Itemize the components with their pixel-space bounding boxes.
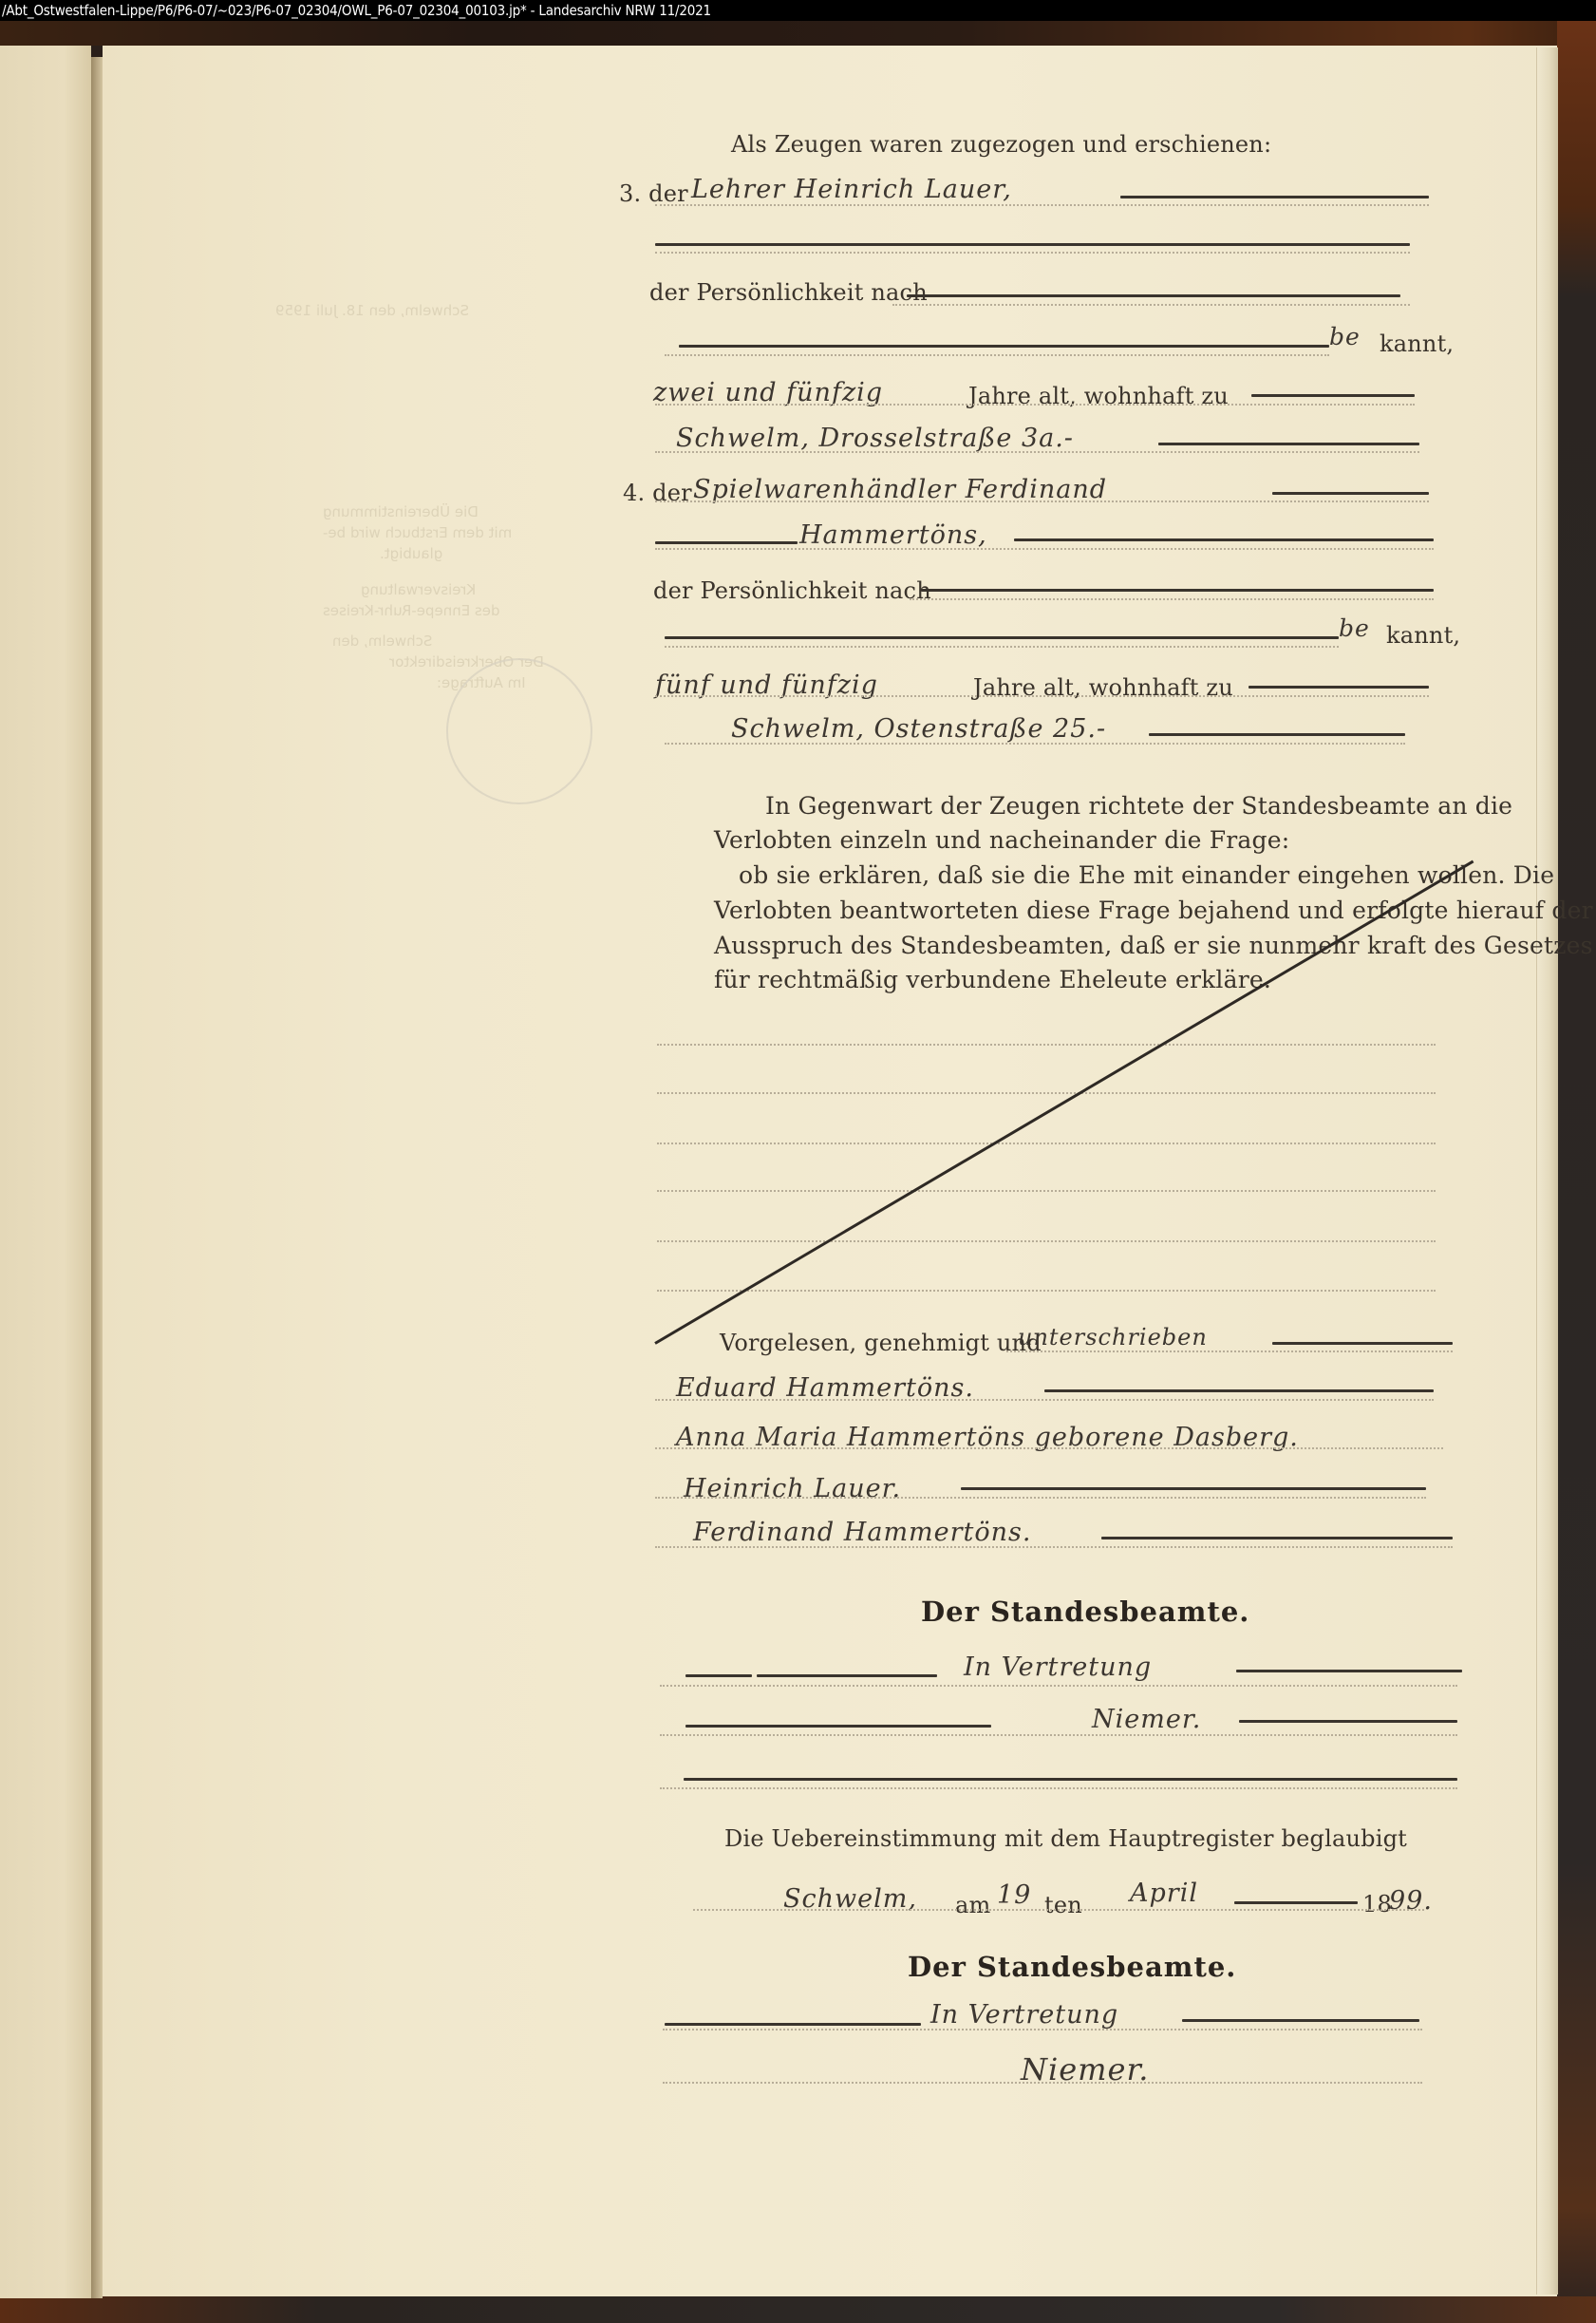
dotted-line (657, 1240, 1436, 1242)
fill-line (665, 2023, 921, 2026)
fill-line (665, 636, 1339, 639)
book-cover-bottom (0, 2296, 1596, 2323)
ghost-line: glaubigt. (380, 545, 442, 562)
fill-line (1158, 443, 1419, 445)
dotted-line (663, 2029, 1422, 2030)
ghost-line: Schwelm, den 18. Juli 1959 (275, 302, 469, 319)
witness4-residence: Schwelm, Ostenstraße 25.- (731, 714, 1106, 744)
fill-line (1249, 686, 1429, 689)
dotted-line (665, 646, 1339, 648)
page-edge (1536, 47, 1558, 2295)
registrar-vertretung: In Vertretung (930, 2000, 1118, 2030)
ghost-line: Schwelm, den (332, 633, 432, 650)
registrar-title: Der Standesbeamte. (921, 1596, 1249, 1628)
dotted-line (657, 1290, 1436, 1292)
window-title: /Abt_Ostwestfalen-Lippe/P6/P6-07/~023/P6… (2, 2, 711, 19)
dotted-line (910, 598, 1434, 600)
persoenlichkeit-label: der Persönlichkeit nach (649, 279, 928, 306)
fill-line (1234, 1901, 1358, 1904)
dotted-line (693, 1909, 1424, 1911)
fill-line (655, 541, 798, 544)
fill-line (1272, 1342, 1453, 1345)
dotted-line (1006, 1350, 1453, 1352)
declaration-line: Verlobten beantworteten diese Frage beja… (714, 897, 1593, 924)
book-cover-top (0, 21, 1596, 46)
witness3-name: Lehrer Heinrich Lauer, (691, 175, 1012, 204)
dotted-line (657, 1092, 1436, 1094)
bekannt-prefix: be (1329, 323, 1361, 350)
year-prefix: 18 (1362, 1891, 1392, 1917)
declaration-line: Verlobten einzeln und nacheinander die F… (714, 826, 1289, 854)
year-suffix: 99. (1389, 1886, 1433, 1916)
ghost-line: Kreisverwaltung (361, 581, 476, 598)
dotted-line (655, 695, 1429, 697)
book-gutter (91, 57, 103, 2298)
fill-line (1044, 1389, 1434, 1392)
am-label: am (955, 1892, 990, 1918)
fill-line (685, 1674, 752, 1677)
signed-word: unterschrieben (1018, 1324, 1208, 1350)
dotted-line (655, 252, 1410, 254)
signature-line: Heinrich Lauer. (684, 1474, 901, 1503)
fill-line (921, 589, 1434, 592)
registrar-vertretung: In Vertretung (964, 1653, 1152, 1682)
ghost-line: Die Übereinstimmung (323, 503, 479, 520)
fill-line (679, 345, 1329, 348)
fill-line (1149, 733, 1405, 736)
dotted-line (655, 1497, 1426, 1499)
fill-line (1272, 492, 1429, 495)
bekannt-label: kannt, (1386, 622, 1460, 649)
witness3-number: 3. der (619, 180, 688, 207)
witness3-residence: Schwelm, Drosselstraße 3a.- (676, 424, 1074, 453)
dotted-line (655, 204, 1429, 206)
fill-line (961, 1487, 1426, 1490)
dotted-line (665, 354, 1329, 356)
dotted-line (655, 1447, 1443, 1449)
dotted-line (892, 304, 1410, 306)
dotted-line (655, 500, 1429, 502)
fill-line (685, 1725, 991, 1728)
dotted-line (657, 1143, 1436, 1144)
official-seal-stamp-icon (446, 658, 592, 804)
registrar-title: Der Standesbeamte. (908, 1951, 1236, 1983)
fill-line (1120, 196, 1429, 198)
dotted-line (663, 2082, 1422, 2084)
window-title-bar: /Abt_Ostwestfalen-Lippe/P6/P6-07/~023/P6… (0, 0, 1596, 21)
dotted-line (655, 404, 1415, 406)
dotted-line (655, 1546, 1453, 1548)
declaration-line: Ausspruch des Standesbeamten, daß er sie… (714, 932, 1593, 959)
certification-day: 19 (997, 1880, 1031, 1910)
witness4-surname: Hammertöns, (799, 520, 987, 550)
declaration-line: für rechtmäßig verbundene Eheleute erklä… (714, 966, 1271, 993)
certification-text: Die Uebereinstimmung mit dem Hauptregist… (724, 1825, 1407, 1852)
persoenlichkeit-label: der Persönlichkeit nach (653, 577, 931, 604)
dotted-line (655, 548, 1434, 550)
book-cover-right (1557, 21, 1596, 2323)
fill-line (1239, 1720, 1457, 1723)
read-approved-label: Vorgelesen, genehmigt und (720, 1330, 1042, 1356)
ghost-line: des Ennepe-Ruhr-Kreises (323, 602, 500, 619)
dotted-line (660, 1685, 1457, 1687)
ghost-line: mit dem Erstbuch wird be- (323, 524, 512, 541)
fill-line (655, 243, 1410, 246)
dotted-line (665, 743, 1405, 745)
dotted-line (655, 1399, 1434, 1401)
ten-label: ten (1044, 1892, 1082, 1918)
dotted-line (660, 1734, 1457, 1736)
dotted-line (655, 451, 1419, 453)
dotted-line (657, 1190, 1436, 1192)
witnesses-heading: Als Zeugen waren zugezogen und erschiene… (731, 131, 1271, 158)
signature-line: Ferdinand Hammertöns. (693, 1518, 1031, 1547)
fill-line (684, 1778, 1457, 1781)
declaration-line: In Gegenwart der Zeugen richtete der Sta… (765, 792, 1512, 820)
dotted-line (657, 1044, 1436, 1046)
certification-month: April (1130, 1879, 1198, 1908)
fill-line (1014, 538, 1434, 541)
fill-line (1251, 394, 1415, 397)
bekannt-prefix: be (1339, 614, 1370, 642)
left-page (0, 46, 91, 2298)
fill-line (907, 294, 1400, 297)
fill-line (757, 1674, 937, 1677)
fill-line (1236, 1670, 1462, 1672)
bekannt-label: kannt, (1380, 331, 1454, 357)
registrar-name: Niemer. (1092, 1705, 1201, 1734)
dotted-line (660, 1787, 1457, 1789)
fill-line (1101, 1537, 1453, 1539)
fill-line (1182, 2019, 1419, 2022)
